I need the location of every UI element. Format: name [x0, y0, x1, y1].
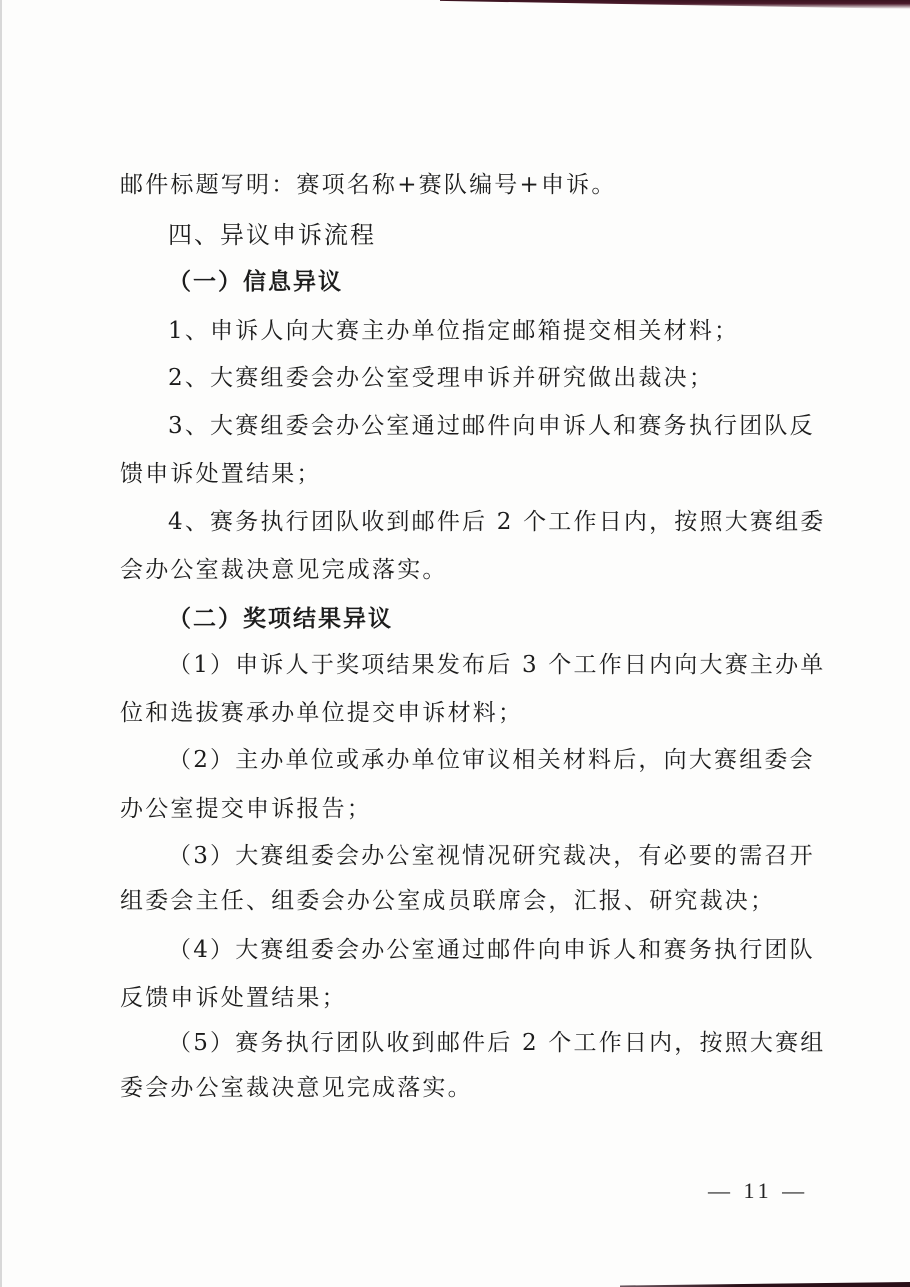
page-number: — 11 —	[708, 1178, 808, 1204]
award-objection-step-1: （1）申诉人于奖项结果发布后 3 个工作日内向大赛主办单	[168, 650, 826, 680]
info-objection-step-3-cont: 馈申诉处置结果；	[120, 459, 322, 489]
info-objection-step-3: 3、大赛组委会办公室通过邮件向申诉人和赛务执行团队反	[168, 411, 815, 441]
info-objection-step-4-cont: 会办公室裁决意见完成落实。	[120, 555, 448, 585]
section-heading-appeal-process: 四、异议申诉流程	[168, 220, 376, 250]
document-page: 邮件标题写明：赛项名称+赛队编号+申诉。 四、异议申诉流程 （一）信息异议 1、…	[0, 0, 910, 1287]
award-objection-step-3: （3）大赛组委会办公室视情况研究裁决，有必要的需召开	[168, 841, 815, 871]
award-objection-step-2-cont: 办公室提交申诉报告；	[120, 794, 372, 824]
subsection-heading-info-objection: （一）信息异议	[168, 267, 343, 297]
info-objection-step-2: 2、大赛组委会办公室受理申诉并研究做出裁决；	[168, 363, 714, 393]
award-objection-step-4: （4）大赛组委会办公室通过邮件向申诉人和赛务执行团队	[168, 935, 815, 965]
award-objection-step-5-cont: 委会办公室裁决意见完成落实。	[120, 1073, 473, 1103]
award-objection-step-2: （2）主办单位或承办单位审议相关材料后，向大赛组委会	[168, 745, 815, 775]
award-objection-step-1-cont: 位和选拔赛承办单位提交申诉材料；	[120, 698, 523, 728]
subsection-heading-award-objection: （二）奖项结果异议	[168, 604, 393, 634]
award-objection-step-5: （5）赛务执行团队收到邮件后 2 个工作日内，按照大赛组	[168, 1028, 826, 1058]
award-objection-step-3-cont: 组委会主任、组委会办公室成员联席会，汇报、研究裁决；	[120, 886, 775, 916]
info-objection-step-4: 4、赛务执行团队收到邮件后 2 个工作日内，按照大赛组委	[168, 507, 826, 537]
email-subject-instruction: 邮件标题写明：赛项名称+赛队编号+申诉。	[120, 170, 617, 200]
info-objection-step-1: 1、申诉人向大赛主办单位指定邮箱提交相关材料；	[168, 316, 739, 346]
award-objection-step-4-cont: 反馈申诉处置结果；	[120, 983, 347, 1013]
